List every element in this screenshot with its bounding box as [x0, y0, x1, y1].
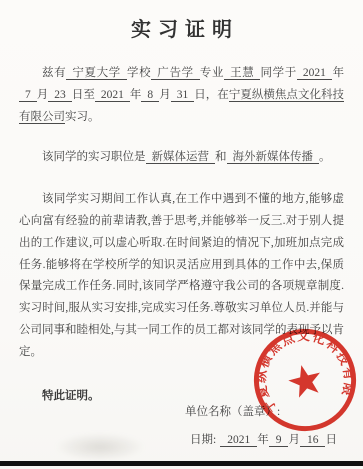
underlined-value: 31	[171, 89, 195, 102]
certificate-body: 实习证明 兹有宁夏大学学校广告学专业王慧同学于2021年7月23日至2021年8…	[0, 0, 363, 407]
text-segment: 。	[319, 151, 331, 163]
underlined-value: 新媒体运营	[146, 151, 216, 164]
text-segment: 月	[159, 89, 171, 101]
date-label: 日期:	[190, 434, 216, 446]
bottom-black-bar	[0, 461, 363, 466]
text-segment: 年	[257, 434, 269, 446]
text-segment: 兹有	[42, 67, 66, 79]
underlined-value: 宁夏大学	[66, 67, 127, 80]
text-segment: 年	[332, 67, 344, 79]
certificate-title: 实习证明	[19, 0, 344, 42]
unit-name-label: 单位名称（盖章）:	[185, 403, 280, 419]
text-segment: 日至	[72, 89, 95, 101]
text-segment: 实习。	[65, 111, 100, 123]
text-segment: 月	[37, 89, 49, 101]
text-segment: 和	[215, 151, 227, 163]
underlined-value: 2021	[297, 67, 332, 80]
text-segment: 日	[325, 434, 337, 446]
underlined-value: 2021	[220, 434, 257, 447]
text-segment: 专业	[200, 67, 224, 79]
date-line: 日期:2021年9月16日	[190, 431, 337, 447]
underlined-value: 王慧	[224, 67, 260, 80]
paper-smudge	[55, 433, 145, 461]
paragraph-performance-evaluation: 该同学实习期间工作认真,在工作中遇到不懂的地方,能够虚心向富有经验的前辈请教,善…	[19, 189, 344, 363]
text-segment: 该同学的实习职位是	[42, 151, 146, 163]
date-values: 2021年9月16日	[220, 434, 337, 447]
underlined-value: 7	[19, 89, 37, 102]
certificate-page: 实习证明 兹有宁夏大学学校广告学专业王慧同学于2021年7月23日至2021年8…	[0, 0, 363, 469]
text-segment: 日，在	[194, 89, 229, 101]
underlined-value: 2021	[95, 89, 130, 102]
underlined-value: 9	[269, 434, 289, 447]
underlined-value: 23	[48, 89, 72, 102]
underlined-value: 广告学	[151, 67, 199, 80]
underlined-value: 16	[300, 434, 326, 447]
closing-statement: 特此证明。	[19, 386, 344, 408]
text-segment: 年	[130, 89, 142, 101]
underlined-value: 海外新媒体传播	[227, 151, 320, 164]
paragraph-student-info: 兹有宁夏大学学校广告学专业王慧同学于2021年7月23日至2021年8月31日，…	[19, 63, 344, 128]
paragraph-internship-position: 该同学的实习职位是新媒体运营和海外新媒体传播。	[19, 147, 344, 169]
text-segment: 学校	[127, 67, 151, 79]
underlined-value: 8	[141, 89, 159, 102]
text-segment: 同学于	[260, 67, 296, 79]
text-segment: 月	[288, 434, 300, 446]
